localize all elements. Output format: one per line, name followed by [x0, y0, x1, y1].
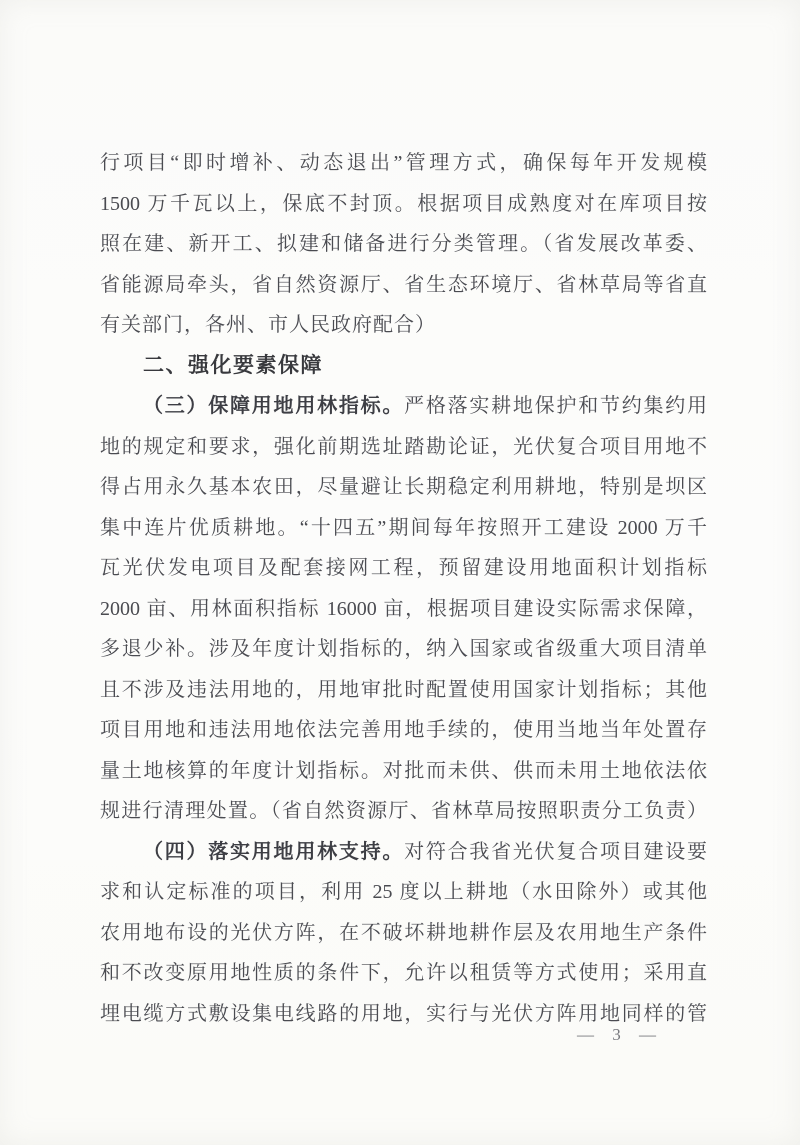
text-line: 集中连片优质耕地。“十四五”期间每年按照开工建设 2000 万千 — [100, 508, 707, 549]
text-line: 项目用地和违法用地依法完善用地手续的，使用当地当年处置存 — [100, 710, 707, 751]
line-text: 和不改变原用地性质的条件下，允许以租赁等方式使用；采用直 — [100, 962, 707, 984]
text-line: 和不改变原用地性质的条件下，允许以租赁等方式使用；采用直 — [100, 953, 707, 994]
line-text: 2000 亩、用林面积指标 16000 亩，根据项目建设实际需求保障， — [100, 598, 707, 620]
text-line: 地的规定和要求，强化前期选址踏勘论证，光伏复合项目用地不 — [100, 427, 707, 468]
line-text: 严格落实耕地保护和节约集约用 — [404, 395, 707, 417]
line-text: 农用地布设的光伏方阵，在不破坏耕地耕作层及农用地生产条件 — [100, 922, 707, 944]
text-line: 农用地布设的光伏方阵，在不破坏耕地耕作层及农用地生产条件 — [100, 913, 707, 954]
line-text: 瓦光伏发电项目及配套接网工程，预留建设用地面积计划指标 — [100, 557, 707, 579]
text-line: 有关部门，各州、市人民政府配合） — [100, 305, 707, 346]
text-line: 二、强化要素保障 — [100, 346, 707, 387]
line-text: 得占用永久基本农田，尽量避让长期稳定利用耕地，特别是坝区 — [100, 476, 707, 498]
line-text: 量土地核算的年度计划指标。对批而未供、供而未用土地依法依 — [100, 760, 707, 782]
text-line: 2000 亩、用林面积指标 16000 亩，根据项目建设实际需求保障， — [100, 589, 707, 630]
text-line: 且不涉及违法用地的，用地审批时配置使用国家计划指标；其他 — [100, 670, 707, 711]
text-line: （三）保障用地用林指标。严格落实耕地保护和节约集约用 — [100, 386, 707, 427]
page-number: — 3 — — [577, 1020, 663, 1050]
line-text: 对符合我省光伏复合项目建设要 — [404, 841, 707, 863]
text-line: 多退少补。涉及年度计划指标的，纳入国家或省级重大项目清单 — [100, 629, 707, 670]
line-text: 行项目“即时增补、动态退出”管理方式，确保每年开发规模 — [100, 152, 707, 174]
text-line: 省能源局牵头，省自然资源厅、省生态环境厅、省林草局等省直 — [100, 265, 707, 306]
line-text: 且不涉及违法用地的，用地审批时配置使用国家计划指标；其他 — [100, 679, 707, 701]
text-line: （四）落实用地用林支持。对符合我省光伏复合项目建设要 — [100, 832, 707, 873]
text-line: 行项目“即时增补、动态退出”管理方式，确保每年开发规模 — [100, 143, 707, 184]
line-text: 地的规定和要求，强化前期选址踏勘论证，光伏复合项目用地不 — [100, 436, 707, 458]
document-body: 行项目“即时增补、动态退出”管理方式，确保每年开发规模1500 万千瓦以上，保底… — [100, 143, 707, 1034]
scanned-document-page: 行项目“即时增补、动态退出”管理方式，确保每年开发规模1500 万千瓦以上，保底… — [0, 0, 800, 1145]
clause-title-bold: （四）落实用地用林支持。 — [143, 841, 404, 863]
line-text: 求和认定标准的项目，利用 25 度以上耕地（水田除外）或其他 — [100, 881, 707, 903]
line-text: 省能源局牵头，省自然资源厅、省生态环境厅、省林草局等省直 — [100, 274, 707, 296]
line-text: 二、强化要素保障 — [143, 354, 323, 377]
text-line: 得占用永久基本农田，尽量避让长期稳定利用耕地，特别是坝区 — [100, 467, 707, 508]
text-line: 照在建、新开工、拟建和储备进行分类管理。（省发展改革委、 — [100, 224, 707, 265]
page-footer: — 3 — — [100, 1020, 707, 1050]
line-text: 集中连片优质耕地。“十四五”期间每年按照开工建设 2000 万千 — [100, 517, 707, 539]
line-text: 1500 万千瓦以上，保底不封顶。根据项目成熟度对在库项目按 — [100, 193, 707, 215]
line-text: 多退少补。涉及年度计划指标的，纳入国家或省级重大项目清单 — [100, 638, 707, 660]
text-line: 量土地核算的年度计划指标。对批而未供、供而未用土地依法依 — [100, 751, 707, 792]
text-line: 1500 万千瓦以上，保底不封顶。根据项目成熟度对在库项目按 — [100, 184, 707, 225]
text-line: 规进行清理处置。（省自然资源厅、省林草局按照职责分工负责） — [100, 791, 707, 832]
line-text: 有关部门，各州、市人民政府配合） — [100, 314, 436, 336]
text-line: 求和认定标准的项目，利用 25 度以上耕地（水田除外）或其他 — [100, 872, 707, 913]
line-text: 照在建、新开工、拟建和储备进行分类管理。（省发展改革委、 — [100, 233, 707, 255]
line-text: 规进行清理处置。（省自然资源厅、省林草局按照职责分工负责） — [100, 800, 707, 822]
line-text: 项目用地和违法用地依法完善用地手续的，使用当地当年处置存 — [100, 719, 707, 741]
clause-title-bold: （三）保障用地用林指标。 — [143, 395, 404, 417]
text-line: 瓦光伏发电项目及配套接网工程，预留建设用地面积计划指标 — [100, 548, 707, 589]
